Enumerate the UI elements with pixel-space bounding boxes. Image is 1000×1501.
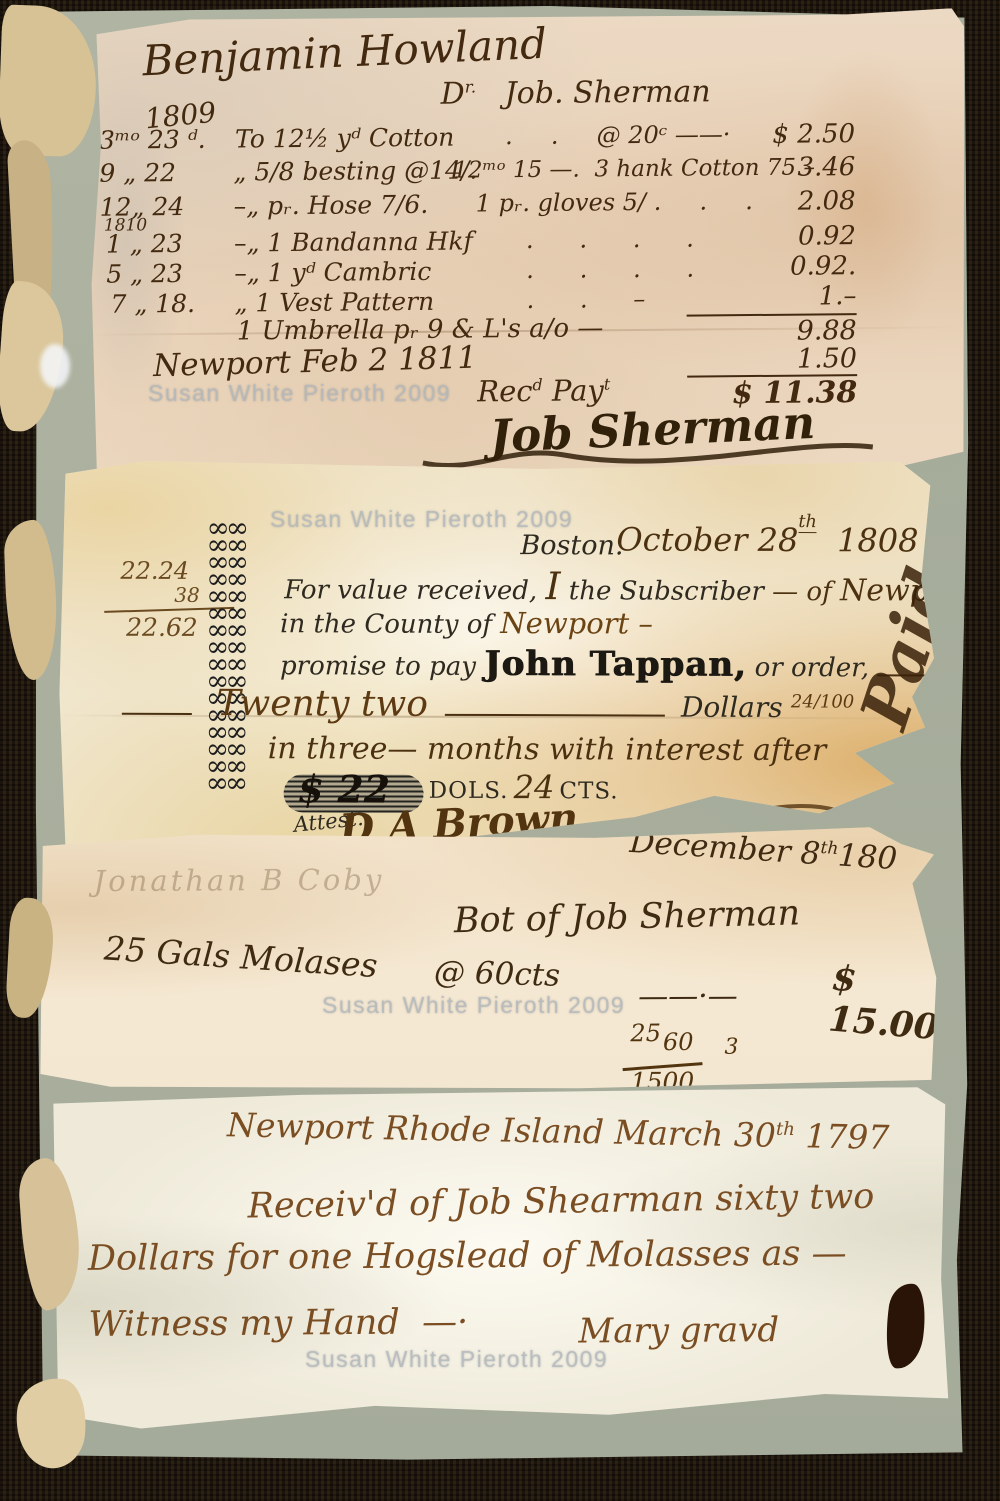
- row-amount: $ 2.50: [685, 119, 855, 150]
- bought-of-line: Bot of Job Sherman: [453, 893, 800, 941]
- row-item: –„ pᵣ. Hose 7/6.: [234, 190, 429, 221]
- line-dash: ——·—: [638, 979, 738, 1015]
- debit-heading: Dr. Job. Sherman: [441, 74, 711, 111]
- note-date: October 28th 1808: [616, 520, 918, 559]
- receipt-benjamin-howland: Benjamin Howland Dr. Job. Sherman 1809 3…: [84, 8, 968, 478]
- photographer-watermark: Susan White Pieroth 2009: [305, 1346, 608, 1373]
- row-item: –„ 1 yᵈ Cambric: [234, 257, 431, 288]
- photographer-watermark: Susan White Pieroth 2009: [148, 380, 451, 407]
- row-amount: 0.92.: [686, 251, 856, 282]
- row-item: To 12½ yᵈ Cotton: [235, 123, 454, 154]
- item-line: 25 Gals Molases: [103, 929, 379, 986]
- row-amount: 3.46: [685, 152, 855, 183]
- subscriber-initial: I: [545, 564, 560, 608]
- photographer-watermark: Susan White Pieroth 2009: [270, 506, 573, 533]
- item-amount: $ 15.00: [827, 958, 943, 1049]
- unit-price: @ 60cts: [434, 954, 561, 994]
- calc-side: 3: [724, 1035, 738, 1060]
- multiplication-calc: 2560: [630, 1019, 691, 1047]
- row-detail: . . –: [526, 285, 645, 314]
- creditor-name: Job. Sherman: [505, 74, 711, 111]
- blank-rule: [444, 693, 664, 717]
- note-line-1: For value received, I the Subscriber — o…: [284, 563, 973, 609]
- doc4-line-2: Receiv'd of Job Shearman sixty two: [247, 1177, 874, 1227]
- interest-amount: 1.50: [687, 343, 857, 377]
- row-item: „ 5/8 besting @14/.: [233, 155, 477, 186]
- amount-in-words: Twenty two: [217, 683, 428, 725]
- guilloche-border: ∞∞∞∞∞∞∞∞∞∞∞∞∞∞∞∞∞∞∞∞∞∞∞∞∞∞∞∞∞∞∞∞: [206, 519, 261, 791]
- faint-customer-name: Jonathan B Coby: [93, 863, 384, 899]
- margin-calc-sum: 22.62: [126, 613, 198, 642]
- margin-calc-add: 38: [174, 583, 200, 607]
- place-date: Newport Feb 2 1811: [153, 340, 478, 384]
- row-detail: . . . .: [526, 225, 694, 254]
- signature-mary-gravd: Mary gravd: [578, 1310, 779, 1351]
- blank-rule: [122, 692, 192, 715]
- row-amount: 1.–: [686, 281, 856, 312]
- county-place: Newport –: [500, 606, 653, 641]
- row-date: 5 „ 23: [106, 259, 183, 289]
- row-item: „ 1 Vest Pattern: [234, 287, 434, 318]
- row-amount: 0.92: [686, 221, 856, 252]
- note-line-4: Twenty two Dollars 24/100: [122, 683, 855, 727]
- receipt-molasses-december: Jonathan B Coby December 8th180 Bot of J…: [37, 826, 938, 1093]
- receipt-molasses-1797: Newport Rhode Island March 30th 1797 Rec…: [49, 1087, 951, 1443]
- printed-city: Boston.: [520, 530, 623, 561]
- white-fiber-patch: [40, 344, 70, 388]
- ink-blot: [881, 1281, 930, 1371]
- photographer-watermark: Susan White Pieroth 2009: [322, 992, 625, 1019]
- row-date: 7 „ 18.: [110, 289, 195, 319]
- doc4-heading: Newport Rhode Island March 30th 1797: [227, 1105, 890, 1157]
- note-line-5: in three— months with interest after: [268, 731, 827, 768]
- row-date: 3ᵐᵒ 23 ᵈ.: [99, 125, 206, 155]
- payee-name: John Tappan,: [484, 644, 746, 685]
- row-date: 1 „ 23: [106, 229, 183, 259]
- row-date: 9 „ 22: [99, 158, 176, 188]
- doc4-line-4: Witness my Hand —·: [88, 1302, 468, 1345]
- received-payment: Recd Payt: [477, 373, 610, 408]
- doc4-line-3: Dollars for one Hogslead of Molasses as …: [88, 1234, 847, 1279]
- book-cover: Benjamin Howland Dr. Job. Sherman 1809 3…: [0, 0, 1000, 1501]
- note-line-2: in the County of Newport –: [280, 605, 653, 640]
- margin-calc-top: 22.24: [120, 557, 189, 585]
- row-item: –„ 1 Bandanna Hkf: [234, 226, 473, 257]
- row-detail: . . . .: [526, 255, 694, 284]
- row-amount: 2.08: [686, 186, 856, 217]
